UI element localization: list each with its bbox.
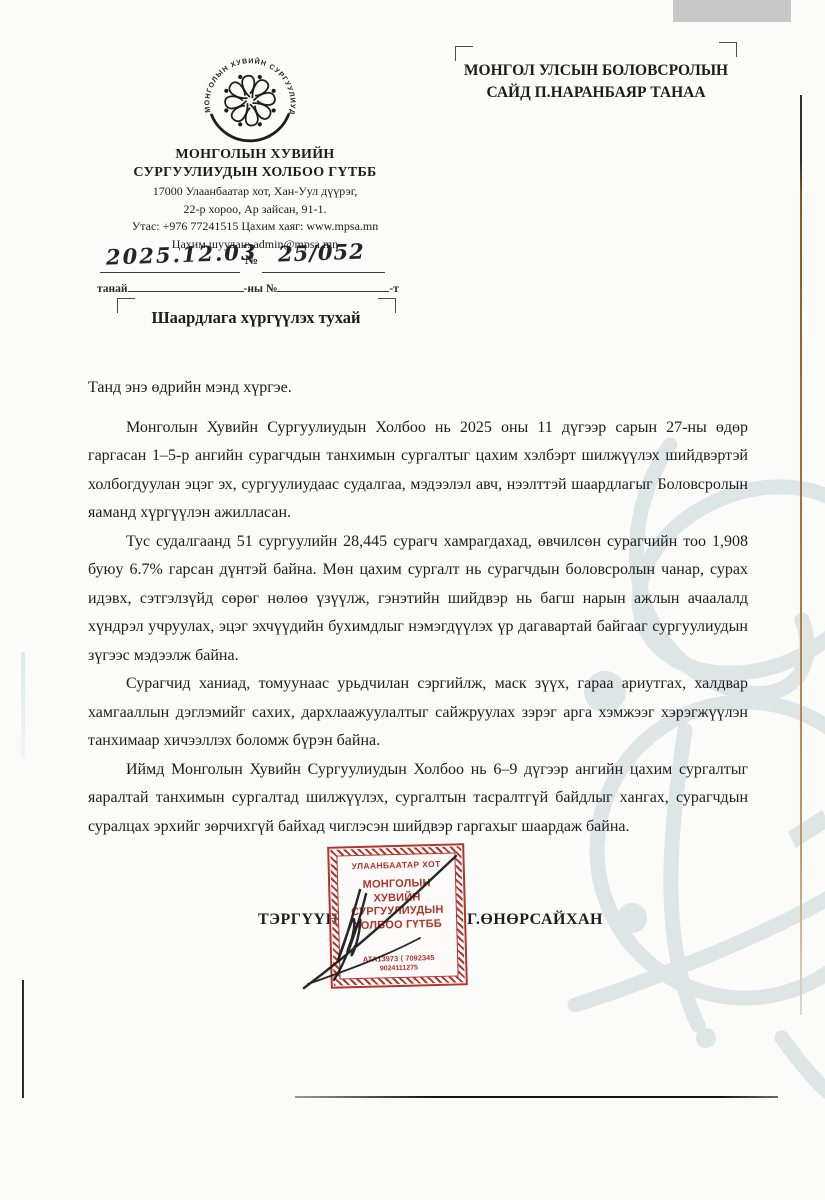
logo-circle-text: МОНГОЛЫН ХУВИЙН СУРГУУЛИУДЫН ХОЛБОО bbox=[197, 45, 296, 116]
scan-artifact-bottom-edge bbox=[295, 1096, 778, 1098]
recipient-corner-left bbox=[455, 46, 473, 61]
svg-text:МОНГОЛЫН ХУВИЙН СУРГУУЛИУДЫН Х: МОНГОЛЫН ХУВИЙН СУРГУУЛИУДЫН ХОЛБОО bbox=[197, 45, 296, 116]
org-name-line2: СУРГУУЛИУДЫН ХОЛБОО ГҮТББ bbox=[85, 164, 425, 182]
org-address-line2: 22-р хороо, Ар зайсан, 91-1. bbox=[85, 202, 425, 218]
stamp-city-text: УЛААНБААТАР ХОТ bbox=[338, 858, 455, 871]
scan-artifact-smudge bbox=[21, 652, 25, 758]
stamp-registration-number: АТА13973 ⟨ 7092345 bbox=[340, 952, 457, 964]
incoming-ref-blank2 bbox=[277, 281, 389, 292]
incoming-ref-suffix: -т bbox=[389, 283, 398, 295]
number-underline bbox=[262, 271, 385, 273]
stamp-ornament-frame: УЛААНБААТАР ХОТ МОНГОЛЫН ХУВИЙН СУРГУУЛИ… bbox=[330, 846, 465, 985]
association-logo: МОНГОЛЫН ХУВИЙН СУРГУУЛИУДЫН ХОЛБОО bbox=[197, 45, 303, 151]
incoming-ref-middle: -ны № bbox=[244, 283, 278, 295]
date-underline bbox=[100, 271, 240, 273]
recipient-block: МОНГОЛ УЛСЫН БОЛОВСРОЛЫН САЙД П.НАРАНБАЯ… bbox=[455, 60, 737, 104]
number-symbol: № bbox=[245, 252, 258, 268]
scan-artifact-right-edge bbox=[800, 95, 802, 1015]
org-address-line1: 17000 Улаанбаатар хот, Хан-Уул дүүрэг, bbox=[85, 184, 425, 200]
scan-artifact-left-edge bbox=[22, 980, 24, 1098]
incoming-ref-blank1 bbox=[128, 281, 244, 292]
org-contact-line: Утас: +976 77241515 Цахим хаяг: www.mpsa… bbox=[85, 219, 425, 235]
body-paragraph-1: Монголын Хувийн Сургуулиудын Холбоо нь 2… bbox=[88, 414, 748, 528]
letter-body: Танд энэ өдрийн мэнд хүргэе. Монголын Ху… bbox=[88, 374, 748, 841]
handwritten-date: 2025.12.03 bbox=[106, 239, 258, 269]
signer-title: ТЭРГҮҮН bbox=[258, 911, 339, 929]
scan-artifact-gray-box bbox=[673, 0, 791, 22]
stamp-org-text: МОНГОЛЫН ХУВИЙН СУРГУУЛИУДЫН ХОЛБОО ГҮТБ… bbox=[338, 876, 456, 933]
letterhead-block: МОНГОЛЫН ХУВИЙН СУРГУУЛИУДЫН ХОЛБОО ГҮТБ… bbox=[85, 146, 425, 252]
official-red-stamp: УЛААНБААТАР ХОТ МОНГОЛЫН ХУВИЙН СУРГУУЛИ… bbox=[327, 843, 468, 989]
signer-name: Г.ӨНӨРСАЙХАН bbox=[467, 911, 603, 929]
greeting-line: Танд энэ өдрийн мэнд хүргэе. bbox=[88, 374, 748, 403]
stamp-inner: УЛААНБААТАР ХОТ МОНГОЛЫН ХУВИЙН СУРГУУЛИ… bbox=[336, 852, 458, 979]
incoming-ref-label: танай bbox=[97, 283, 128, 295]
org-name-line1: МОНГОЛЫН ХУВИЙН bbox=[85, 146, 425, 164]
subject-line: Шаардлага хүргүүлэх тухай bbox=[117, 308, 395, 328]
body-paragraph-4: Иймд Монголын Хувийн Сургуулиудын Холбоо… bbox=[88, 756, 748, 842]
recipient-corner-right bbox=[719, 42, 737, 57]
stamp-org-line4: ХОЛБОО ГҮТББ bbox=[339, 917, 456, 934]
body-paragraph-2: Тус судалгаанд 51 сургуулийн 28,445 сура… bbox=[88, 528, 748, 671]
recipient-line2: САЙД П.НАРАНБАЯР ТАНАА bbox=[455, 82, 737, 104]
body-paragraph-3: Сурагчид ханиад, томуунаас урьдчилан сэр… bbox=[88, 670, 748, 756]
scanned-letter-page: { "letterhead": { "logo_circle_text": "М… bbox=[0, 0, 825, 1200]
stamp-registration-number2: 9024111275 bbox=[340, 963, 457, 973]
handwritten-number: 25/052 bbox=[278, 238, 366, 266]
logo-crescent-arc bbox=[211, 114, 289, 141]
logo-flower-knot bbox=[224, 74, 277, 127]
incoming-ref-row: танай-ны №-т bbox=[97, 281, 399, 295]
recipient-line1: МОНГОЛ УЛСЫН БОЛОВСРОЛЫН bbox=[455, 60, 737, 82]
